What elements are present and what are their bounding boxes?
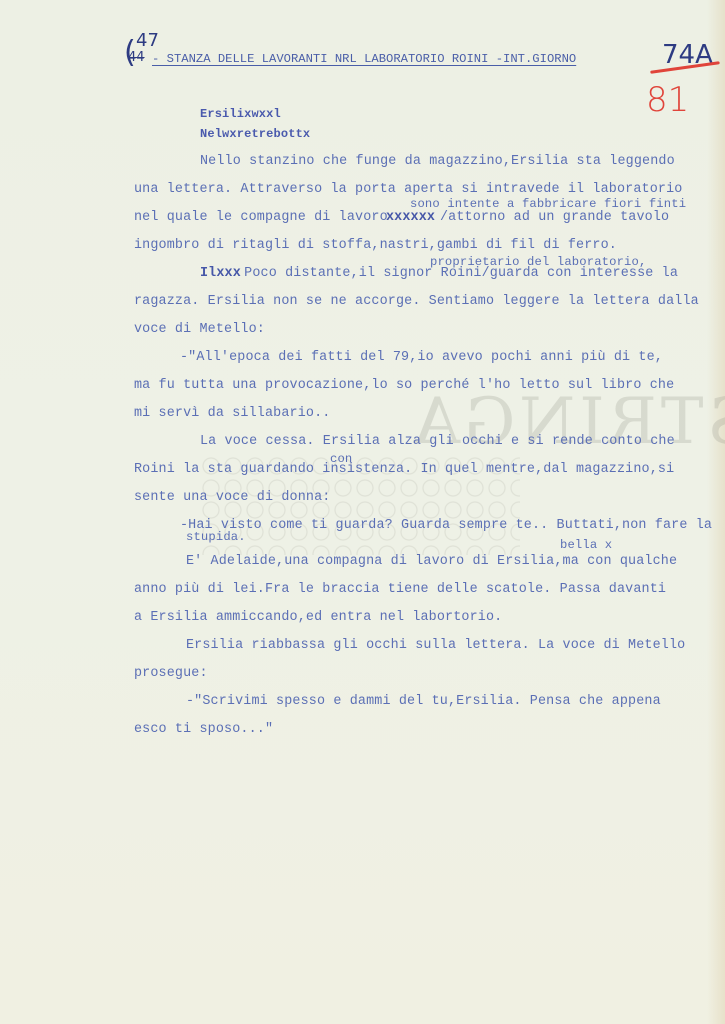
text-line: mi servì da sillabario.. xyxy=(134,406,330,421)
text-line: voce di Metello: xyxy=(134,322,265,337)
text-line: /attorno ad un grande tavolo xyxy=(440,210,669,225)
struck-line: Nelwxretrebottx xyxy=(200,127,310,141)
text-line: Poco distante,il signor Roini/guarda con… xyxy=(236,266,678,281)
scene-heading: - STANZA DELLE LAVORANTI NRL LABORATORIO… xyxy=(152,52,576,66)
text-line: E' Adelaide,una compagna di lavoro di Er… xyxy=(186,554,677,569)
text-line: Nello stanzino che funge da magazzino,Er… xyxy=(200,154,675,169)
text-line: ragazza. Ersilia non se ne accorge. Sent… xyxy=(134,294,699,309)
struck-line: Ersilixwxxl xyxy=(200,107,281,121)
paper-edge xyxy=(707,0,725,1024)
text-line: ingombro di ritagli di stoffa,nastri,gam… xyxy=(134,238,617,253)
text-line: sente una voce di donna: xyxy=(134,490,330,505)
text-line: La voce cessa. Ersilia alza gli occhi e … xyxy=(200,434,675,449)
interlinear-insert: sono intente a fabbricare fiori finti xyxy=(410,197,686,211)
text-line: nel quale le compagne di lavoro xyxy=(134,210,396,225)
text-line: a Ersilia ammiccando,ed entra nel labort… xyxy=(134,610,502,625)
text-line: ma fu tutta una provocazione,lo so perch… xyxy=(134,378,674,393)
text-line: esco ti sposo..." xyxy=(134,722,273,737)
text-line: prosegue: xyxy=(134,666,208,681)
text-line: -Hai visto come ti guarda? Guarda sempre… xyxy=(180,518,712,533)
document-page: EXTRA STRINGA ( 44 47 - STANZA DELLE LAV… xyxy=(0,0,725,1024)
text-line: -"Scrivimi spesso e dammi del tu,Ersilia… xyxy=(186,694,661,709)
struck-word: xxxxxx xyxy=(386,210,435,225)
text-line: Ersilia riabbassa gli occhi sulla letter… xyxy=(186,638,685,653)
struck-word: Ilxxx xyxy=(200,266,241,281)
page-number-red: 81 xyxy=(646,80,689,120)
scene-number-handwritten: 47 xyxy=(136,30,159,51)
text-line: una lettera. Attraverso la porta aperta … xyxy=(134,182,682,197)
text-line: -"All'epoca dei fatti del 79,io avevo po… xyxy=(180,350,663,365)
interlinear-insert: stupida. xyxy=(186,530,246,544)
text-line: anno più di lei.Fra le braccia tiene del… xyxy=(134,582,666,597)
scene-number-struck: 44 xyxy=(128,50,145,65)
interlinear-insert: bella x xyxy=(560,538,612,552)
text-line: Roini la sta guardando insistenza. In qu… xyxy=(134,462,674,477)
